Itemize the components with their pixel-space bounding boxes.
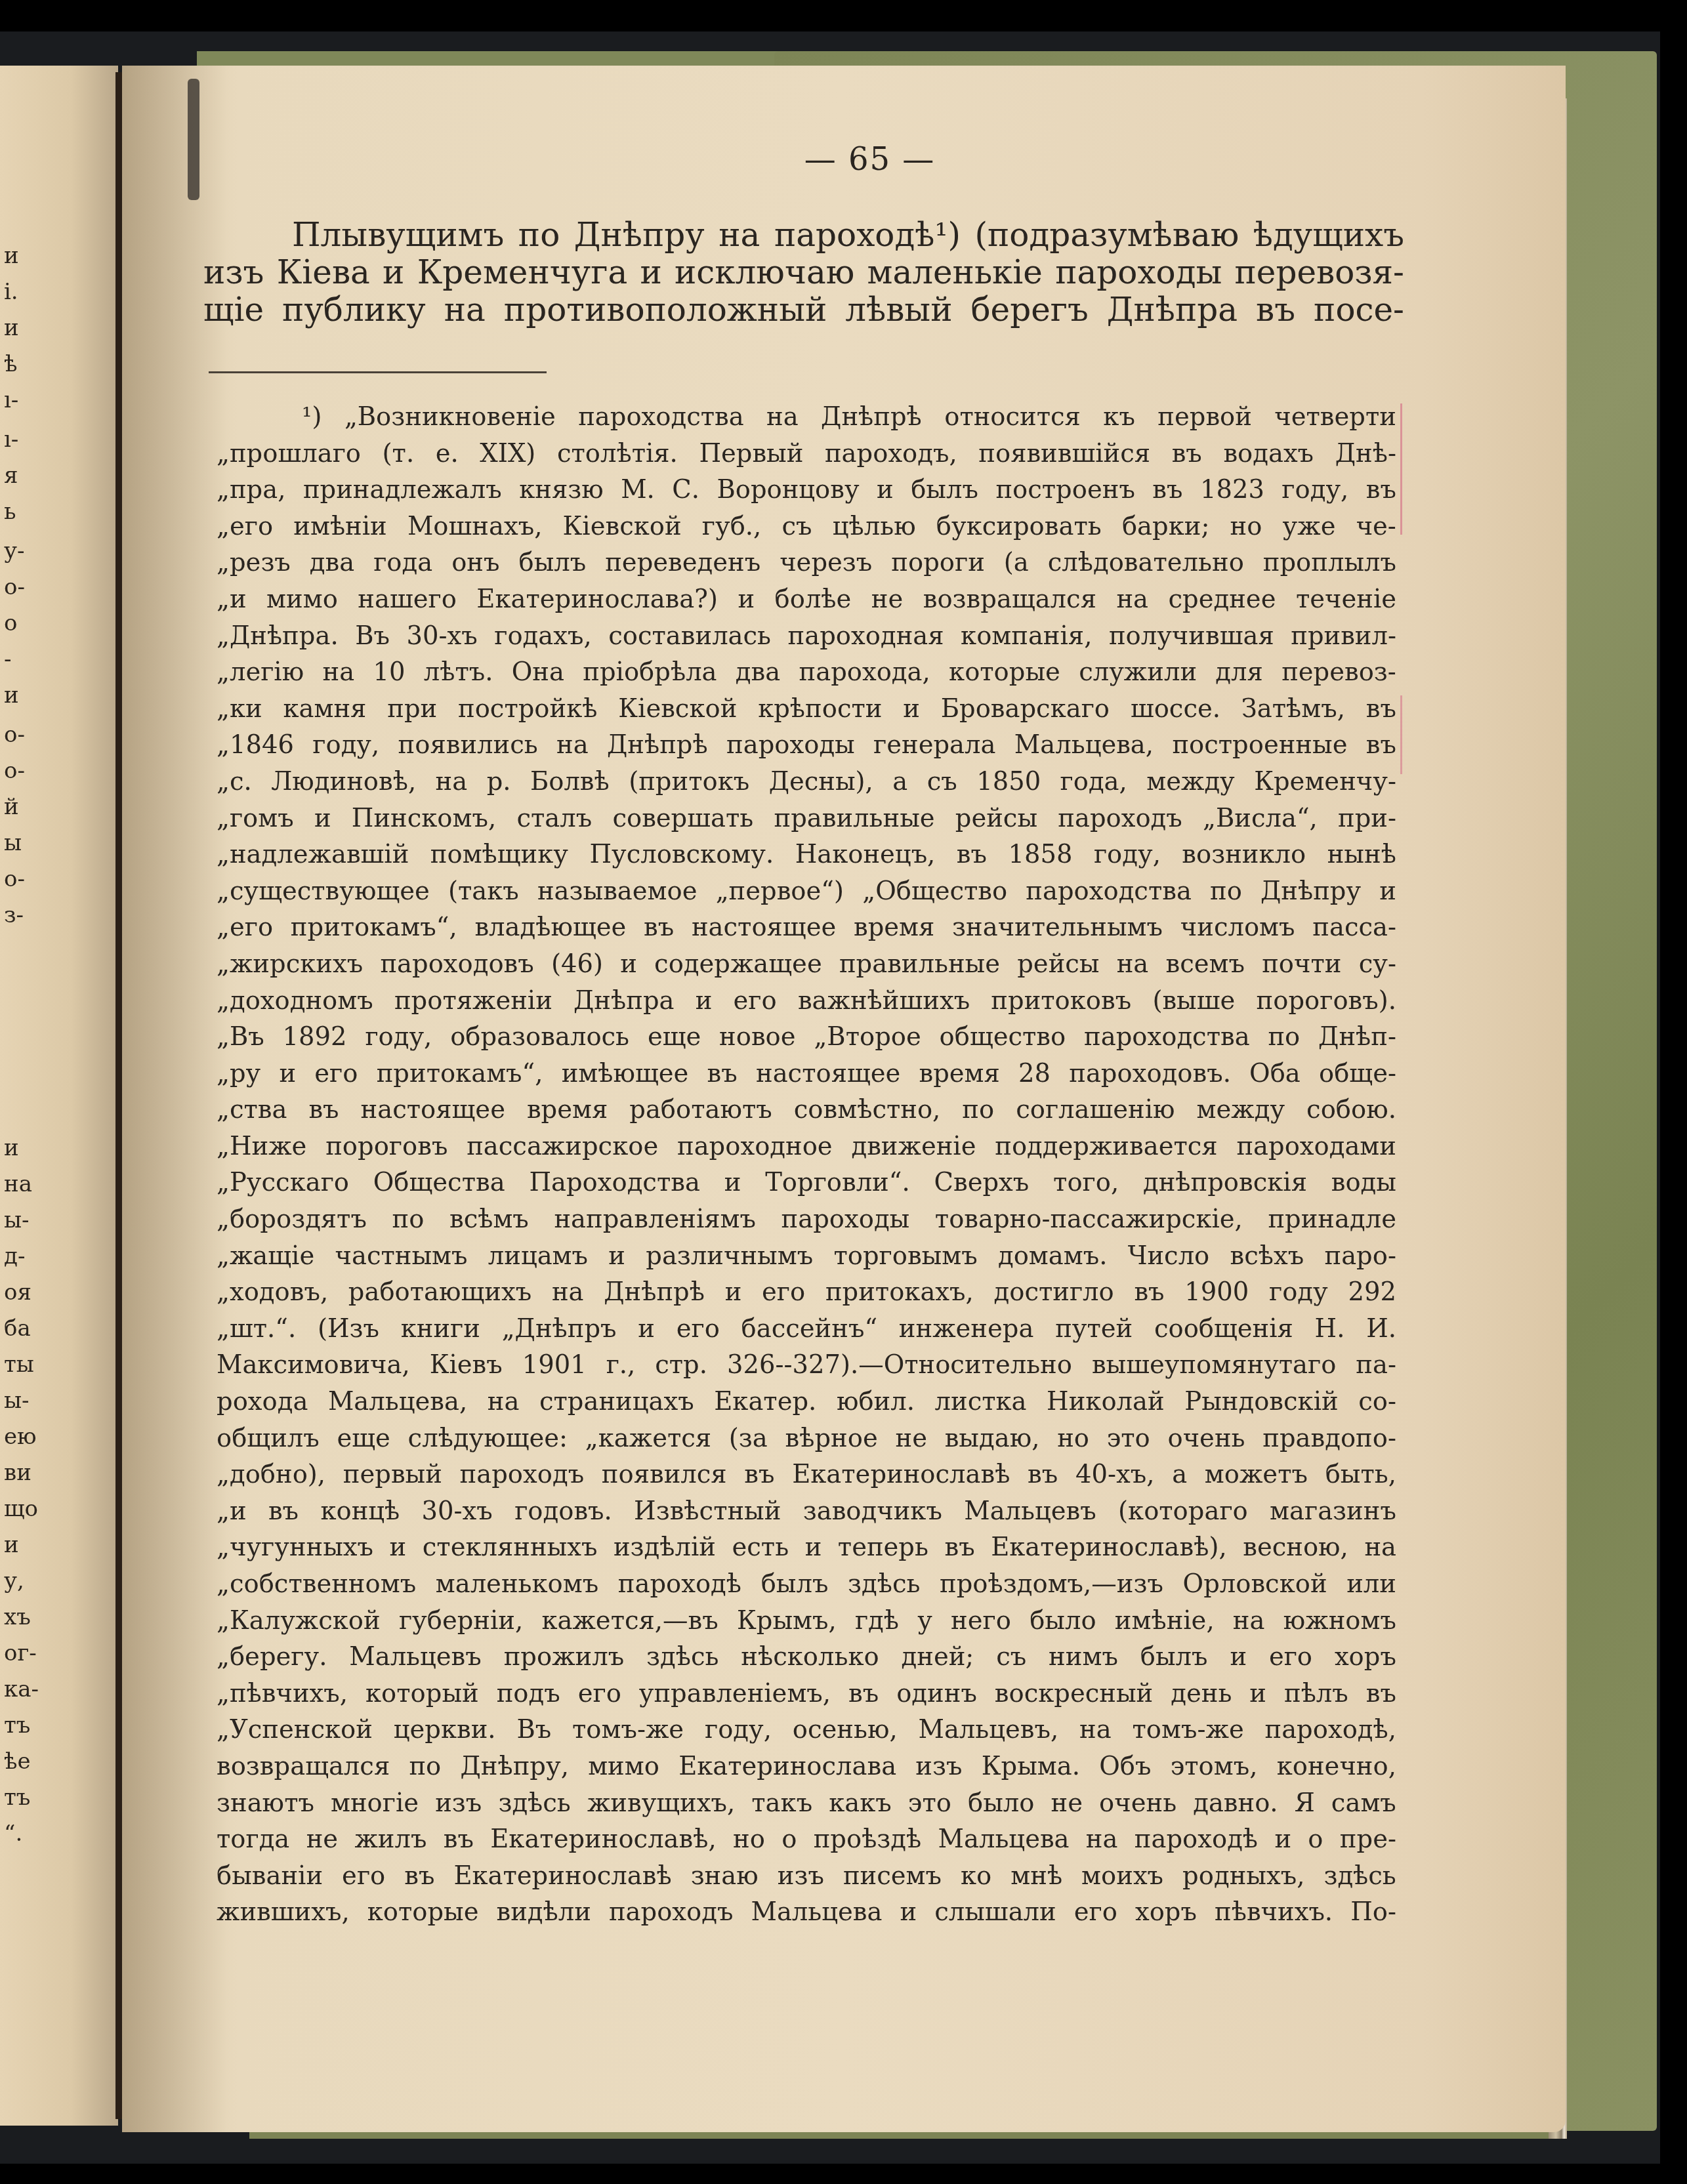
footnote-word: буксировать (936, 508, 1102, 545)
footnote-word: Въ (516, 1712, 551, 1748)
left-page-fragment: ı- (4, 387, 18, 413)
footnote-line: жившихъ,которыевидѣлипароходъМальцеваисл… (217, 1894, 1396, 1931)
footnote-word: и (1249, 1676, 1266, 1712)
footnote-word: „жирскихъ (217, 946, 363, 983)
left-page-fragment: тъ (4, 1712, 30, 1739)
footnote-word: Пинскомъ, (352, 800, 496, 837)
footnote-line: „Успенскойцеркви.Вътомъ-жегоду,осенью,Ма… (217, 1712, 1396, 1748)
page-number-label: — 65 — (804, 141, 936, 178)
footnote-word: Извѣстный (634, 1493, 781, 1530)
footnote-word: Николай (1047, 1384, 1165, 1420)
footnote-word: и (608, 1238, 625, 1275)
footnote-word: того, (1053, 1164, 1119, 1201)
footnote-line: „ствавънастоящеевремяработаютъсовмѣстно,… (217, 1092, 1396, 1128)
footnote-word: на (766, 399, 799, 436)
footnote-word: составилась (608, 618, 771, 655)
footnote-word: страницахъ (539, 1384, 694, 1420)
footnote-word: „кажется (585, 1420, 711, 1457)
footnote-word: „Днѣпра. (217, 618, 339, 655)
footnote-word: проѣздѣ (814, 1821, 922, 1858)
left-page-fragment: оя (4, 1279, 31, 1306)
footnote-word: Днѣ- (1335, 436, 1396, 472)
footnote-word: Общества (373, 1164, 505, 1201)
footnote-word: (притокъ (629, 764, 749, 800)
footnote-word: возвращался (923, 581, 1096, 618)
footnote-word: возвращался (217, 1748, 390, 1785)
footnote-word: че- (1356, 508, 1396, 545)
footnote-word: „Ниже (217, 1128, 306, 1165)
footnote-word: Орловской (1183, 1566, 1327, 1603)
footnote-word: поддерживается (995, 1128, 1217, 1165)
footnote-word: С. (672, 472, 699, 508)
footnote-word: на (1364, 1529, 1396, 1566)
footnote-word: построенные (1172, 727, 1347, 764)
footnote-word: рохода (217, 1384, 308, 1420)
left-page-fragment: хъ (4, 1604, 31, 1630)
footnote-word: которые (949, 654, 1060, 691)
footnote-word: рейсы (955, 800, 1037, 837)
footnote-word: время (854, 909, 934, 946)
footnote-word: пароходъ (460, 1456, 585, 1493)
footnote-word: 30-хъ (406, 618, 477, 655)
footnote-word: магазинъ (1270, 1493, 1396, 1530)
footnote-word: но (1230, 508, 1262, 545)
footnote-word: па- (1356, 1347, 1396, 1384)
footnote-word: общилъ (217, 1420, 320, 1457)
footnote-word: „доходномъ (217, 983, 373, 1020)
left-page-fragment: тъ (4, 1784, 30, 1811)
footnote-word: время (919, 1056, 1000, 1092)
footnote-word: „шт.“. (217, 1311, 296, 1348)
footnote-word: „Успенской (217, 1712, 373, 1748)
footnote-word: 10 (373, 654, 405, 691)
footnote-word: пороговъ (325, 1128, 448, 1165)
footnote-word: еще (648, 1019, 701, 1056)
footnote-line: тогданежилъвъЕкатеринославѣ,ноопроѣздѣМа… (217, 1821, 1396, 1858)
footnote-word: По- (1350, 1894, 1396, 1931)
footnote-word: „и (217, 1493, 247, 1530)
footnote-word: подъ (497, 1676, 560, 1712)
footnote-word: „ки (217, 691, 262, 728)
footnote-word: появились (398, 727, 538, 764)
footnote-word: быть, (1325, 1456, 1396, 1493)
footnote-word: на (488, 1384, 520, 1420)
footnote-word: 1823 (1200, 472, 1264, 508)
left-page-fragment: и (4, 682, 19, 709)
footnote-word: (а (1004, 545, 1029, 581)
footnote-word: въ (945, 1529, 975, 1566)
footnote-word: Сверхъ (934, 1164, 1030, 1201)
footnote-line: Максимовича,Кіевъ1901г.,стр.326--327).—О… (217, 1347, 1396, 1384)
left-page-fragment: ь (4, 499, 16, 525)
footnote-word: Мальцева (938, 1821, 1070, 1858)
footnote-word: пѣлъ (1284, 1676, 1348, 1712)
footnote-word: домамъ. (998, 1238, 1107, 1275)
footnote-word: (такъ (448, 873, 519, 910)
footnote-word: и (900, 1894, 917, 1931)
footnote-word: теперь (838, 1529, 928, 1566)
left-page-fragment: що (4, 1496, 38, 1522)
footnote-word: Екатеринослава?) (476, 581, 718, 618)
footnote-word: бываніи (217, 1858, 323, 1895)
footnote-word: ко (961, 1858, 991, 1895)
footnote-word: его (734, 983, 777, 1020)
left-page-fragment: д- (4, 1243, 25, 1269)
footnote-word: нѣсколько (741, 1639, 879, 1676)
footnote-word: теченіе (1296, 581, 1396, 618)
body-line: щіе публику на противоположный лѣвый бер… (203, 291, 1404, 329)
footnote-word: можетъ (1205, 1456, 1308, 1493)
footnote-word: Торговли“. (765, 1164, 910, 1201)
footnote-line: знаютъмногіеизъздѣсьживущихъ,такъкакъэто… (217, 1785, 1396, 1822)
footnote-word: Десны), (769, 764, 873, 800)
left-page-fragment: у- (4, 538, 25, 564)
footnote-line: роходаМальцева,настраницахъЕкатер.юбил.л… (217, 1384, 1396, 1420)
footnote-word: пароходы (726, 727, 855, 764)
footnote-word: „чугунныхъ (217, 1529, 373, 1566)
footnote-word: крѣпости (758, 691, 882, 728)
footnote-word: къ (1103, 399, 1135, 436)
footnote-word: служили (1079, 654, 1197, 691)
footnote-line: „чугунныхъистеклянныхъиздѣлійестьитеперь… (217, 1529, 1396, 1566)
footnote-line: „Нижепороговъпассажирскоепароходноедвиже… (217, 1128, 1396, 1165)
footnote-word: „добно), (217, 1456, 325, 1493)
left-page-fragment: ы (4, 830, 22, 856)
footnote-word: Затѣмъ, (1241, 691, 1345, 728)
footnote-line: „собственномъмаленькомъпароходѣбылъздѣсь… (217, 1566, 1396, 1603)
footnote-word: Крыма. (982, 1748, 1080, 1785)
footnote-word: у (917, 1603, 932, 1639)
footnote-word: Число (1128, 1238, 1210, 1275)
footnote-word: самъ (1331, 1785, 1396, 1822)
footnote-word: собою. (1306, 1092, 1396, 1128)
footnote-word: притоковъ (991, 983, 1131, 1020)
footnote-word: протяженіи (394, 983, 552, 1020)
footnote-word: воды (1331, 1164, 1396, 1201)
footnote-word: который (365, 1676, 479, 1712)
footnote-word: въ (1152, 472, 1182, 508)
footnote-word: важнѣйшихъ (798, 983, 970, 1020)
footnote-word: имѣніе, (1115, 1603, 1215, 1639)
footnote-word: Мальцева, (328, 1384, 467, 1420)
footnote-word: пароходовъ. (1069, 1056, 1231, 1092)
footnote-word: пароходъ (1058, 800, 1182, 837)
footnote-word: „Русскаго (217, 1164, 349, 1201)
footnote-word: его (578, 1676, 621, 1712)
footnote-word: его (677, 1311, 720, 1348)
footnote-word: Екатеринославѣ), (991, 1529, 1226, 1566)
footnote-word: какъ (829, 1785, 892, 1822)
footnote-word: тогда (217, 1821, 289, 1858)
footnote-word: года (373, 545, 432, 581)
footnote-word: а (892, 764, 907, 800)
footnote-word: очень (1099, 1785, 1177, 1822)
footnote-word: среднее (1169, 581, 1276, 618)
footnote-word: не (1051, 1785, 1083, 1822)
footnote-word: „с. (217, 764, 252, 800)
footnote-line: общилъещеслѣдующее:„кажется(завѣрноеневы… (217, 1420, 1396, 1457)
footnote-line: „жащіечастнымълицамъиразличнымъторговымъ… (217, 1238, 1396, 1275)
footnote-word: рейсы (1017, 946, 1099, 983)
footnote-word: пароходѣ (618, 1566, 741, 1603)
left-page-fragment: ка- (4, 1676, 39, 1702)
footnote-word: году (1269, 1274, 1328, 1311)
footnote-word: въ (644, 909, 674, 946)
left-page-fragment: у, (4, 1568, 24, 1594)
footnote-word: со- (1358, 1384, 1396, 1420)
footnote-word: 1901 (522, 1347, 587, 1384)
footnote-word: Н. (1315, 1311, 1345, 1348)
left-page-fragment: ы- (4, 1388, 30, 1414)
left-page-fragment: з- (4, 902, 24, 928)
footnote-word: есть (732, 1529, 789, 1566)
footnote-line: „егоимѣніиМошнахъ,Кіевскойгуб.,съцѣльюбу… (217, 508, 1396, 545)
footnote-word: Екатеринославѣ, (490, 1821, 716, 1858)
footnote-word: и (390, 1529, 407, 1566)
footnote-word: и (314, 800, 331, 837)
footnote-word: четверти (1274, 399, 1396, 436)
footnote-word: М. (621, 472, 655, 508)
footnote-word: и (620, 946, 637, 983)
footnote-word: выдаю, (945, 1420, 1040, 1457)
footnote-word: направленіямъ (554, 1201, 756, 1238)
footnote-word: это (1107, 1420, 1150, 1457)
footnote-word: лѣтъ. (424, 654, 493, 691)
footnote-word: видѣли (497, 1894, 591, 1931)
footnote-word: здѣсь (646, 1639, 719, 1676)
left-page-fragment: ею (4, 1424, 37, 1450)
footnote-word: Кіевской (618, 691, 737, 728)
footnote-word: день (1171, 1676, 1232, 1712)
footnote-word: въ (268, 1493, 299, 1530)
footnote-word: И. (1366, 1311, 1396, 1348)
footnote-word: Мальцева (751, 1894, 882, 1931)
footnote-word: весною, (1243, 1529, 1348, 1566)
footnote-word: частнымъ (335, 1238, 467, 1275)
footnote-word: инженера (899, 1311, 1034, 1348)
footnote-word: жившихъ, (217, 1894, 350, 1931)
footnote-word: пароходами (1236, 1128, 1396, 1165)
footnote-word: Въ (355, 618, 390, 655)
footnote-word: моихъ (1081, 1858, 1163, 1895)
footnote-word: образовалось (450, 1019, 629, 1056)
footnote-line: „ивъконцѣ30-хъгодовъ.ИзвѣстныйзаводчикъМ… (217, 1493, 1396, 1530)
ink-smudge (188, 79, 199, 200)
footnote-word: работающихъ (348, 1274, 531, 1311)
footnote-word: почти (1262, 946, 1341, 983)
footnote-word: 28 (1018, 1056, 1051, 1092)
footnote-word: Днѣпрѣ (607, 727, 708, 764)
left-page-fragment: ı- (4, 426, 18, 453)
footnote-word: его (1074, 1894, 1117, 1931)
footnote-word: въ (1134, 1274, 1164, 1311)
footnote-word: 40-хъ, (1075, 1456, 1154, 1493)
footnote-word: въ (848, 1676, 879, 1712)
footnote-word: на (1117, 946, 1149, 983)
footnote-word: Пусловскому. (589, 836, 774, 873)
footnote-word: по (1268, 1019, 1300, 1056)
footnote-word: было (968, 1785, 1034, 1822)
footnote-word: „Общество (862, 873, 1007, 910)
footnote-word: князю (519, 472, 604, 508)
footnote-word: годовъ. (514, 1493, 612, 1530)
footnote-word: на (552, 1274, 584, 1311)
footnote-word: не (895, 1420, 927, 1457)
left-page-fragment: и (4, 243, 19, 269)
footnote-word: кажется,—въ (541, 1603, 718, 1639)
footnote-word: е. (436, 436, 459, 472)
footnote-word: пароходы (781, 1201, 910, 1238)
left-page-fragment: о- (4, 574, 25, 600)
footnote-line: „Калужскойгуберніи,кажется,—въКрымъ,гдѣу… (217, 1603, 1396, 1639)
gutter-shadow (122, 66, 227, 2132)
footnote-word: правдопо- (1262, 1420, 1396, 1457)
footnote-word: былъ (1140, 1639, 1208, 1676)
footnote-word: и (1230, 1639, 1247, 1676)
footnote-word: мнѣ (1010, 1858, 1062, 1895)
footnote-word: время (527, 1092, 608, 1128)
footnote-word: Екатеринославѣ (792, 1456, 1010, 1493)
footnote-word: году, (1281, 472, 1348, 508)
footnote-word: ¹) (302, 399, 322, 436)
footnote-word: „Въ (217, 1019, 264, 1056)
footnote-word: его (762, 1274, 805, 1311)
footnote-word: и (725, 1274, 742, 1311)
footnote-word: Екатеринослава (678, 1748, 896, 1785)
left-page-fragment: о (4, 610, 17, 636)
footnote-word: сообщенія (1154, 1311, 1293, 1348)
footnote-word: на (323, 654, 355, 691)
footnote-word: паро- (1325, 1238, 1396, 1275)
footnote-word: изъ (435, 1785, 482, 1822)
footnote-word: которые (367, 1894, 479, 1931)
footnote-word: построенъ (995, 472, 1135, 508)
footnote-word: общество (940, 1019, 1066, 1056)
footnote-word: конечно, (1277, 1748, 1396, 1785)
footnote-word: по (962, 1092, 994, 1128)
footnote-word: заводчикъ (803, 1493, 942, 1530)
footnote-word: гдѣ (855, 1603, 899, 1639)
footnote-word: „Калужской (217, 1603, 381, 1639)
footnote-word: „резъ (217, 545, 291, 581)
footnote-word: пароходная (788, 618, 944, 655)
footnote-word: году, (1094, 836, 1161, 873)
footnote-word: былъ (761, 1566, 829, 1603)
footnote-line: „ходовъ,работающихънаДнѣпрѣиегопритокахъ… (217, 1274, 1396, 1311)
footnote-word: пѣвчихъ. (1215, 1894, 1333, 1931)
body-line: изъ Кіева и Кременчуга и исключаю малень… (203, 254, 1404, 291)
footnote-line: „егопритокамъ“,владѣющеевънастоящеевремя… (217, 909, 1396, 946)
footnote-word: Днѣп- (1318, 1019, 1396, 1056)
footnote-word: „первое“) (716, 873, 844, 910)
footnote-line: „существующее(такъназываемое„первое“)„Об… (217, 873, 1396, 910)
footnote-word: XIX) (480, 436, 535, 472)
footnote-word: „пѣвчихъ, (217, 1676, 348, 1712)
footnote-word: „бороздятъ (217, 1201, 367, 1238)
footnote-word: правильные (774, 800, 934, 837)
footnote-word: пароходства (1026, 873, 1192, 910)
footnote-word: о (1308, 1821, 1323, 1858)
footnote-word: это (908, 1785, 951, 1822)
footnote-word: парохода, (799, 654, 930, 691)
footnote-word: въ (744, 1456, 774, 1493)
footnote-word: здѣсь (848, 1566, 920, 1603)
footnote-line: „надлежавшійпомѣщикуПусловскому.Наконецъ… (217, 836, 1396, 873)
footnote-word: Людиновѣ, (271, 764, 416, 800)
footnote-word: въ (957, 836, 987, 873)
footnote-word: совмѣстно, (794, 1092, 941, 1128)
footnote-word: писемъ (843, 1858, 942, 1895)
footnote-word: пароходства (578, 399, 744, 436)
footnote-word: году, (365, 1019, 432, 1056)
footnote-word: получившая (1109, 618, 1274, 655)
footnote-word: родныхъ, (1182, 1858, 1304, 1895)
footnote-word: въ (444, 1821, 474, 1858)
footnote-line: „доходномъпротяженіиДнѣпраиеговажнѣйшихъ… (217, 983, 1396, 1020)
footnote-word: на (436, 764, 468, 800)
footnote-word: слѣдующее: (408, 1420, 568, 1457)
footnote-word: 1900 (1184, 1274, 1249, 1311)
footnote-line: „руиегопритокамъ“,имѣющеевънастоящееврем… (217, 1056, 1396, 1092)
footnote-separator (209, 371, 547, 373)
footnote-word: Максимовича, (217, 1347, 410, 1384)
footnote-word: (котораго (1118, 1493, 1248, 1530)
footnote-word: очень (1167, 1420, 1245, 1457)
footnote-word: относится (944, 399, 1081, 436)
footnote-word: было (1030, 1603, 1096, 1639)
left-page-fragment: и (4, 1532, 19, 1558)
footnote-word: стр. (655, 1347, 707, 1384)
footnote-word: пре- (1340, 1821, 1396, 1858)
footnote-word: „и (217, 581, 247, 618)
footnote-word: и (696, 983, 713, 1020)
footnote-word: мимо (588, 1748, 659, 1785)
footnote-word: губ., (702, 508, 761, 545)
footnote-word: губерніи, (399, 1603, 523, 1639)
footnote-word: Мальцева, (1014, 727, 1154, 764)
footnote-word: нимъ (1049, 1639, 1118, 1676)
body-paragraph: Плывущимъ по Днѣпру на пароходѣ¹) (подра… (203, 216, 1404, 329)
footnote-word: пассажирское (467, 1128, 658, 1165)
footnote-word: мимо (266, 581, 338, 618)
footnote-word: принадлежалъ (303, 472, 502, 508)
footnote-word: Я (1295, 1785, 1315, 1822)
footnote-word: путей (1055, 1311, 1133, 1348)
footnote-word: живущихъ, (587, 1785, 735, 1822)
left-page-fragment: ѣе (4, 1748, 31, 1775)
footnote-word: „его (217, 508, 273, 545)
left-page-fragment: и (4, 1135, 19, 1161)
footnote-word: содержащее (654, 946, 822, 983)
footnote-word: Мальцевъ (964, 1493, 1096, 1530)
footnote-word: нашего (358, 581, 457, 618)
footnote-word: „существующее (217, 873, 430, 910)
footnote-word: многіе (331, 1785, 419, 1822)
footnote-word: Воронцову (717, 472, 859, 508)
footnote-word: нынѣ (1327, 836, 1396, 873)
footnote-word: слѣдовательно (1048, 545, 1244, 581)
left-page-fragment: ы- (4, 1207, 30, 1233)
footnote-word: пароходства (1084, 1019, 1250, 1056)
footnote-word: первой (1157, 399, 1252, 436)
footnote-word: не (306, 1821, 338, 1858)
footnote-line: возвращалсяпоДнѣпру,мимоЕкатеринославаиз… (217, 1748, 1396, 1785)
footnote-word: уже (1283, 508, 1336, 545)
footnote-word: него (951, 1603, 1011, 1639)
footnote-word: по (409, 1748, 441, 1785)
footnote-word: осенью, (793, 1712, 898, 1748)
footnote-line: „Днѣпра.Въ30-хъгодахъ,составиласьпароход… (217, 618, 1396, 655)
